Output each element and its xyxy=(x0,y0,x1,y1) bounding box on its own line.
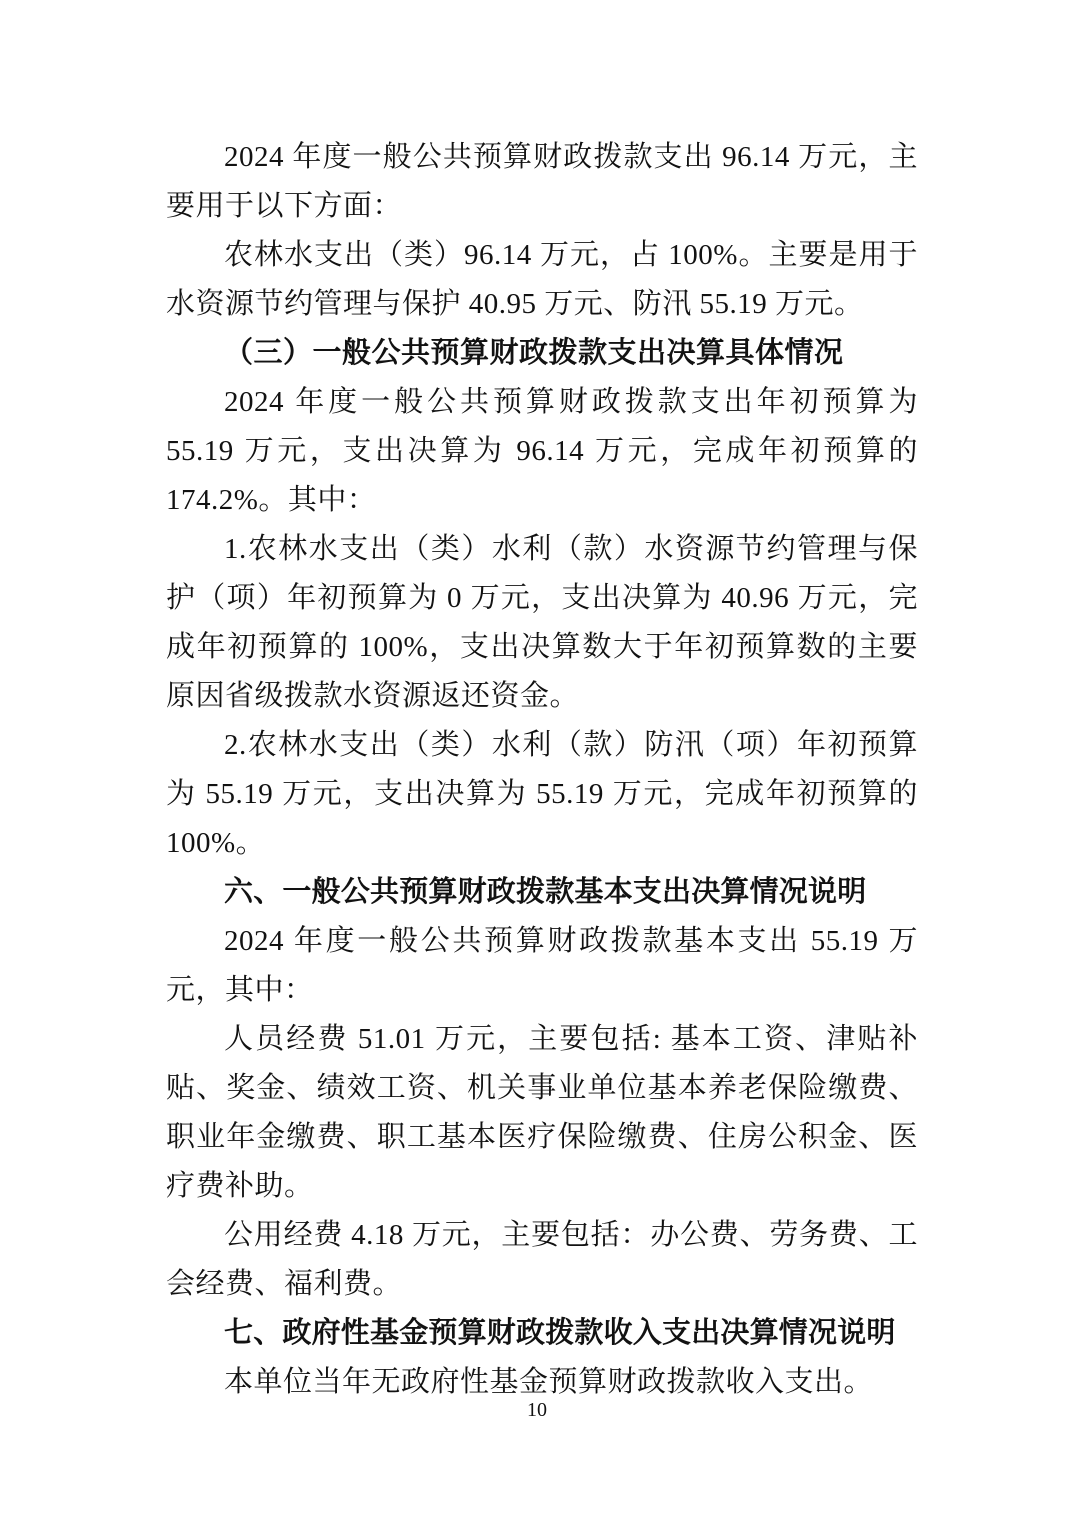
heading-basic-expenditure: 六、一般公共预算财政拨款基本支出决算情况说明 xyxy=(166,868,918,917)
para-item-2-flood-control: 2.农林水支出（类）水利（款）防汛（项）年初预算为 55.19 万元，支出决算为… xyxy=(166,721,918,868)
para-agriculture-water-expenditure: 农林水支出（类）96.14 万元，占 100%。主要是用于水资源节约管理与保护 … xyxy=(166,231,918,329)
document-page: 2024 年度一般公共预算财政拨款支出 96.14 万元，主要用于以下方面： 农… xyxy=(0,0,1074,1520)
heading-expenditure-detail: （三）一般公共预算财政拨款支出决算具体情况 xyxy=(166,329,918,378)
para-budget-vs-final: 2024 年度一般公共预算财政拨款支出年初预算为 55.19 万元，支出决算为 … xyxy=(166,378,918,525)
para-personnel-funds: 人员经费 51.01 万元，主要包括: 基本工资、津贴补贴、奖金、绩效工资、机关… xyxy=(166,1015,918,1211)
page-number: 10 xyxy=(527,1399,547,1421)
para-item-1-water-resources: 1.农林水支出（类）水利（款）水资源节约管理与保护（项）年初预算为 0 万元，支… xyxy=(166,525,918,721)
para-basic-expenditure-total: 2024 年度一般公共预算财政拨款基本支出 55.19 万元，其中： xyxy=(166,917,918,1015)
heading-gov-fund-budget: 七、政府性基金预算财政拨款收入支出决算情况说明 xyxy=(166,1309,918,1358)
para-expenditure-total: 2024 年度一般公共预算财政拨款支出 96.14 万元，主要用于以下方面： xyxy=(166,133,918,231)
document-body: 2024 年度一般公共预算财政拨款支出 96.14 万元，主要用于以下方面： 农… xyxy=(166,133,918,1407)
para-public-funds: 公用经费 4.18 万元，主要包括：办公费、劳务费、工会经费、福利费。 xyxy=(166,1211,918,1309)
page-footer: 10 xyxy=(0,1396,1074,1424)
